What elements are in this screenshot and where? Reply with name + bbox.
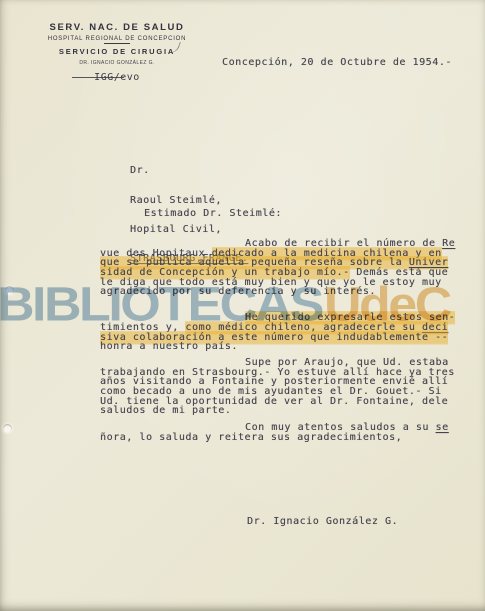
letterhead-rule [104,43,130,44]
letterhead-org: SERV. NAC. DE SALUD [38,22,196,33]
text-segment: saludos de mi parte. [100,405,231,416]
paragraphs: Acabo de recibir el número de Revue des … [100,239,462,442]
text-segment: Re [442,238,455,249]
letter-line: saludos de mi parte. [100,406,462,416]
recipient-institution: Hopital Civil, [130,225,248,235]
punch-hole-bottom [3,424,12,433]
text-segment: ñora, lo saluda y reitera sus agradecimi… [100,432,402,443]
text-segment: agradecido por su deferencia y su interé… [100,286,376,297]
signature-line: Dr. Ignacio González G. [247,517,398,527]
text-segment: honra a nuestro país. [100,341,238,352]
paragraph: Acabo de recibir el número de Revue des … [100,239,462,297]
text-segment: se [436,422,449,433]
paragraph: Supe por Araujo, que Ud. estabatrabajand… [100,358,462,416]
paragraph: Con muy atentos saludos a su señora, lo … [100,423,462,442]
punch-hole-top [5,286,14,295]
reference-strike-line [72,77,124,78]
letter-line: ñora, lo saluda y reitera sus agradecimi… [100,433,462,443]
recipient-title: Dr. [130,166,248,176]
date-line: Concepción, 20 de Octubre de 1954.- [222,58,452,68]
paragraph: He querido expresarle estos sen-timiento… [100,313,462,352]
scanned-letter-page: SERV. NAC. DE SALUD HOSPITAL REGIONAL DE… [0,0,485,611]
recipient-name: Raoul Steimlé, [130,196,248,206]
salutation: Estimado Dr. Steimlé: [144,209,282,219]
letterhead: SERV. NAC. DE SALUD HOSPITAL REGIONAL DE… [38,22,196,85]
reference-code: IGG/evo [94,72,140,83]
letter-line: honra a nuestro país. [100,342,462,352]
letterhead-doctor: DR. IGNACIO GONZÁLEZ G. [38,60,196,66]
letter-line: agradecido por su deferencia y su interé… [100,287,462,297]
